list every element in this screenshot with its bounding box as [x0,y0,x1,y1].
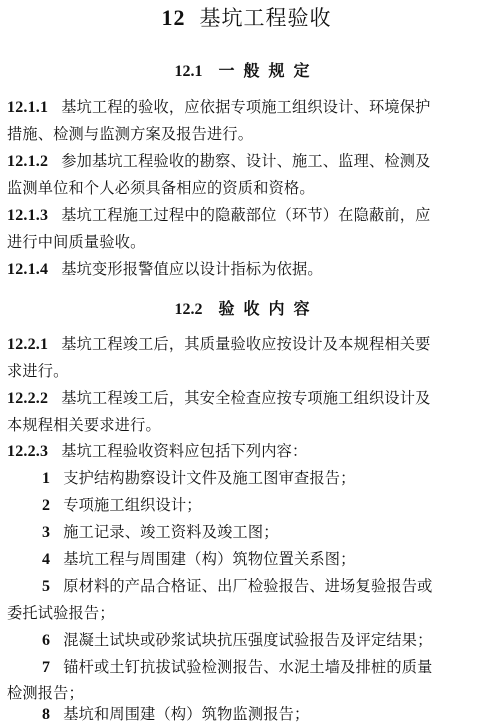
item-text: 检测报告； [7,684,84,702]
list-item-5-line-1: 5原材料的产品合格证、出厂检验报告、进场复验报告或 [42,575,493,596]
section-title: 验收内容 [218,299,318,318]
chapter-number: 12 [162,5,186,30]
clause-number: 12.1.3 [7,207,48,224]
clause-text: 监测单位和个人必须具备相应的资质和资格。 [7,179,315,197]
chapter-title: 12基坑工程验收 [0,2,493,32]
clause-number: 12.2.2 [7,390,48,407]
item-text: 基坑工程与周围建（构）筑物位置关系图； [63,550,355,568]
clause-text: 基坑变形报警值应以设计指标为依据。 [61,260,323,278]
clause-text: 本规程相关要求进行。 [7,416,161,434]
list-item-6: 6混凝土试块或砂浆试块抗压强度试验报告及评定结果； [42,629,493,650]
clause-12-2-3-line-1: 12.2.3基坑工程验收资料应包括下列内容： [7,440,489,461]
clause-text: 基坑工程竣工后，其安全检查应按专项施工组织设计及 [61,389,430,407]
item-number: 6 [42,632,50,649]
section-number: 12.2 [174,301,202,318]
item-text: 原材料的产品合格证、出厂检验报告、进场复验报告或 [63,577,432,595]
clause-text: 参加基坑工程验收的勘察、设计、施工、监理、检测及 [61,152,430,170]
item-text: 混凝土试块或砂浆试块抗压强度试验报告及评定结果； [63,631,432,649]
clause-number: 12.2.3 [7,443,48,460]
item-number: 7 [42,659,50,676]
item-text: 专项施工组织设计； [63,496,202,514]
item-text: 委托试验报告； [7,604,115,622]
list-item-7-line-2: 检测报告； [7,682,489,703]
clause-12-2-1-line-2: 求进行。 [7,360,489,381]
chapter-title-text: 基坑工程验收 [200,6,332,30]
item-text: 施工记录、竣工资料及竣工图； [63,523,278,541]
clause-number: 12.2.1 [7,336,48,353]
item-text: 锚杆或土钉抗拔试验检测报告、水泥土墙及排桩的质量 [63,658,432,676]
item-number: 4 [42,551,50,568]
section-heading-12-1: 12.1一般规定 [0,58,493,81]
clause-12-2-2-line-1: 12.2.2基坑工程竣工后，其安全检查应按专项施工组织设计及 [7,387,489,408]
clause-number: 12.1.1 [7,99,48,116]
item-text: 支护结构勘察设计文件及施工图审查报告； [63,469,355,487]
list-item-8: 8基坑和周围建（构）筑物监测报告； [42,703,493,724]
list-item-3: 3施工记录、竣工资料及竣工图； [42,521,493,542]
list-item-4: 4基坑工程与周围建（构）筑物位置关系图； [42,548,493,569]
clause-12-1-2-line-2: 监测单位和个人必须具备相应的资质和资格。 [7,177,489,198]
clause-12-1-3-line-2: 进行中间质量验收。 [7,231,489,252]
list-item-5-line-2: 委托试验报告； [7,602,489,623]
clause-12-2-2-line-2: 本规程相关要求进行。 [7,414,489,435]
section-heading-12-2: 12.2验收内容 [0,296,493,319]
item-number: 2 [42,497,50,514]
clause-12-1-3-line-1: 12.1.3基坑工程施工过程中的隐蔽部位（环节）在隐蔽前，应 [7,204,489,225]
item-number: 1 [42,470,50,487]
list-item-7-line-1: 7锚杆或土钉抗拔试验检测报告、水泥土墙及排桩的质量 [42,656,493,677]
clause-12-1-1-line-1: 12.1.1基坑工程的验收，应依据专项施工组织设计、环境保护 [7,96,489,117]
item-number: 8 [42,706,50,723]
clause-text: 基坑工程的验收，应依据专项施工组织设计、环境保护 [61,98,430,116]
item-number: 3 [42,524,50,541]
clause-text: 求进行。 [7,362,69,380]
section-title: 一般规定 [218,61,318,80]
clause-text: 措施、检测与监测方案及报告进行。 [7,125,253,143]
item-number: 5 [42,578,50,595]
clause-number: 12.1.2 [7,153,48,170]
clause-12-1-2-line-1: 12.1.2参加基坑工程验收的勘察、设计、施工、监理、检测及 [7,150,489,171]
clause-12-1-4-line-1: 12.1.4基坑变形报警值应以设计指标为依据。 [7,258,489,279]
clause-text: 基坑工程施工过程中的隐蔽部位（环节）在隐蔽前，应 [61,206,430,224]
section-number: 12.1 [174,63,202,80]
document-page: 12基坑工程验收 12.1一般规定 12.1.1基坑工程的验收，应依据专项施工组… [0,0,493,724]
list-item-2: 2专项施工组织设计； [42,494,493,515]
clause-number: 12.1.4 [7,261,48,278]
clause-text: 基坑工程验收资料应包括下列内容： [61,442,307,460]
clause-text: 进行中间质量验收。 [7,233,146,251]
list-item-1: 1支护结构勘察设计文件及施工图审查报告； [42,467,493,488]
clause-12-1-1-line-2: 措施、检测与监测方案及报告进行。 [7,123,489,144]
clause-12-2-1-line-1: 12.2.1基坑工程竣工后，其质量验收应按设计及本规程相关要 [7,333,489,354]
item-text: 基坑和周围建（构）筑物监测报告； [63,705,309,723]
clause-text: 基坑工程竣工后，其质量验收应按设计及本规程相关要 [61,335,430,353]
